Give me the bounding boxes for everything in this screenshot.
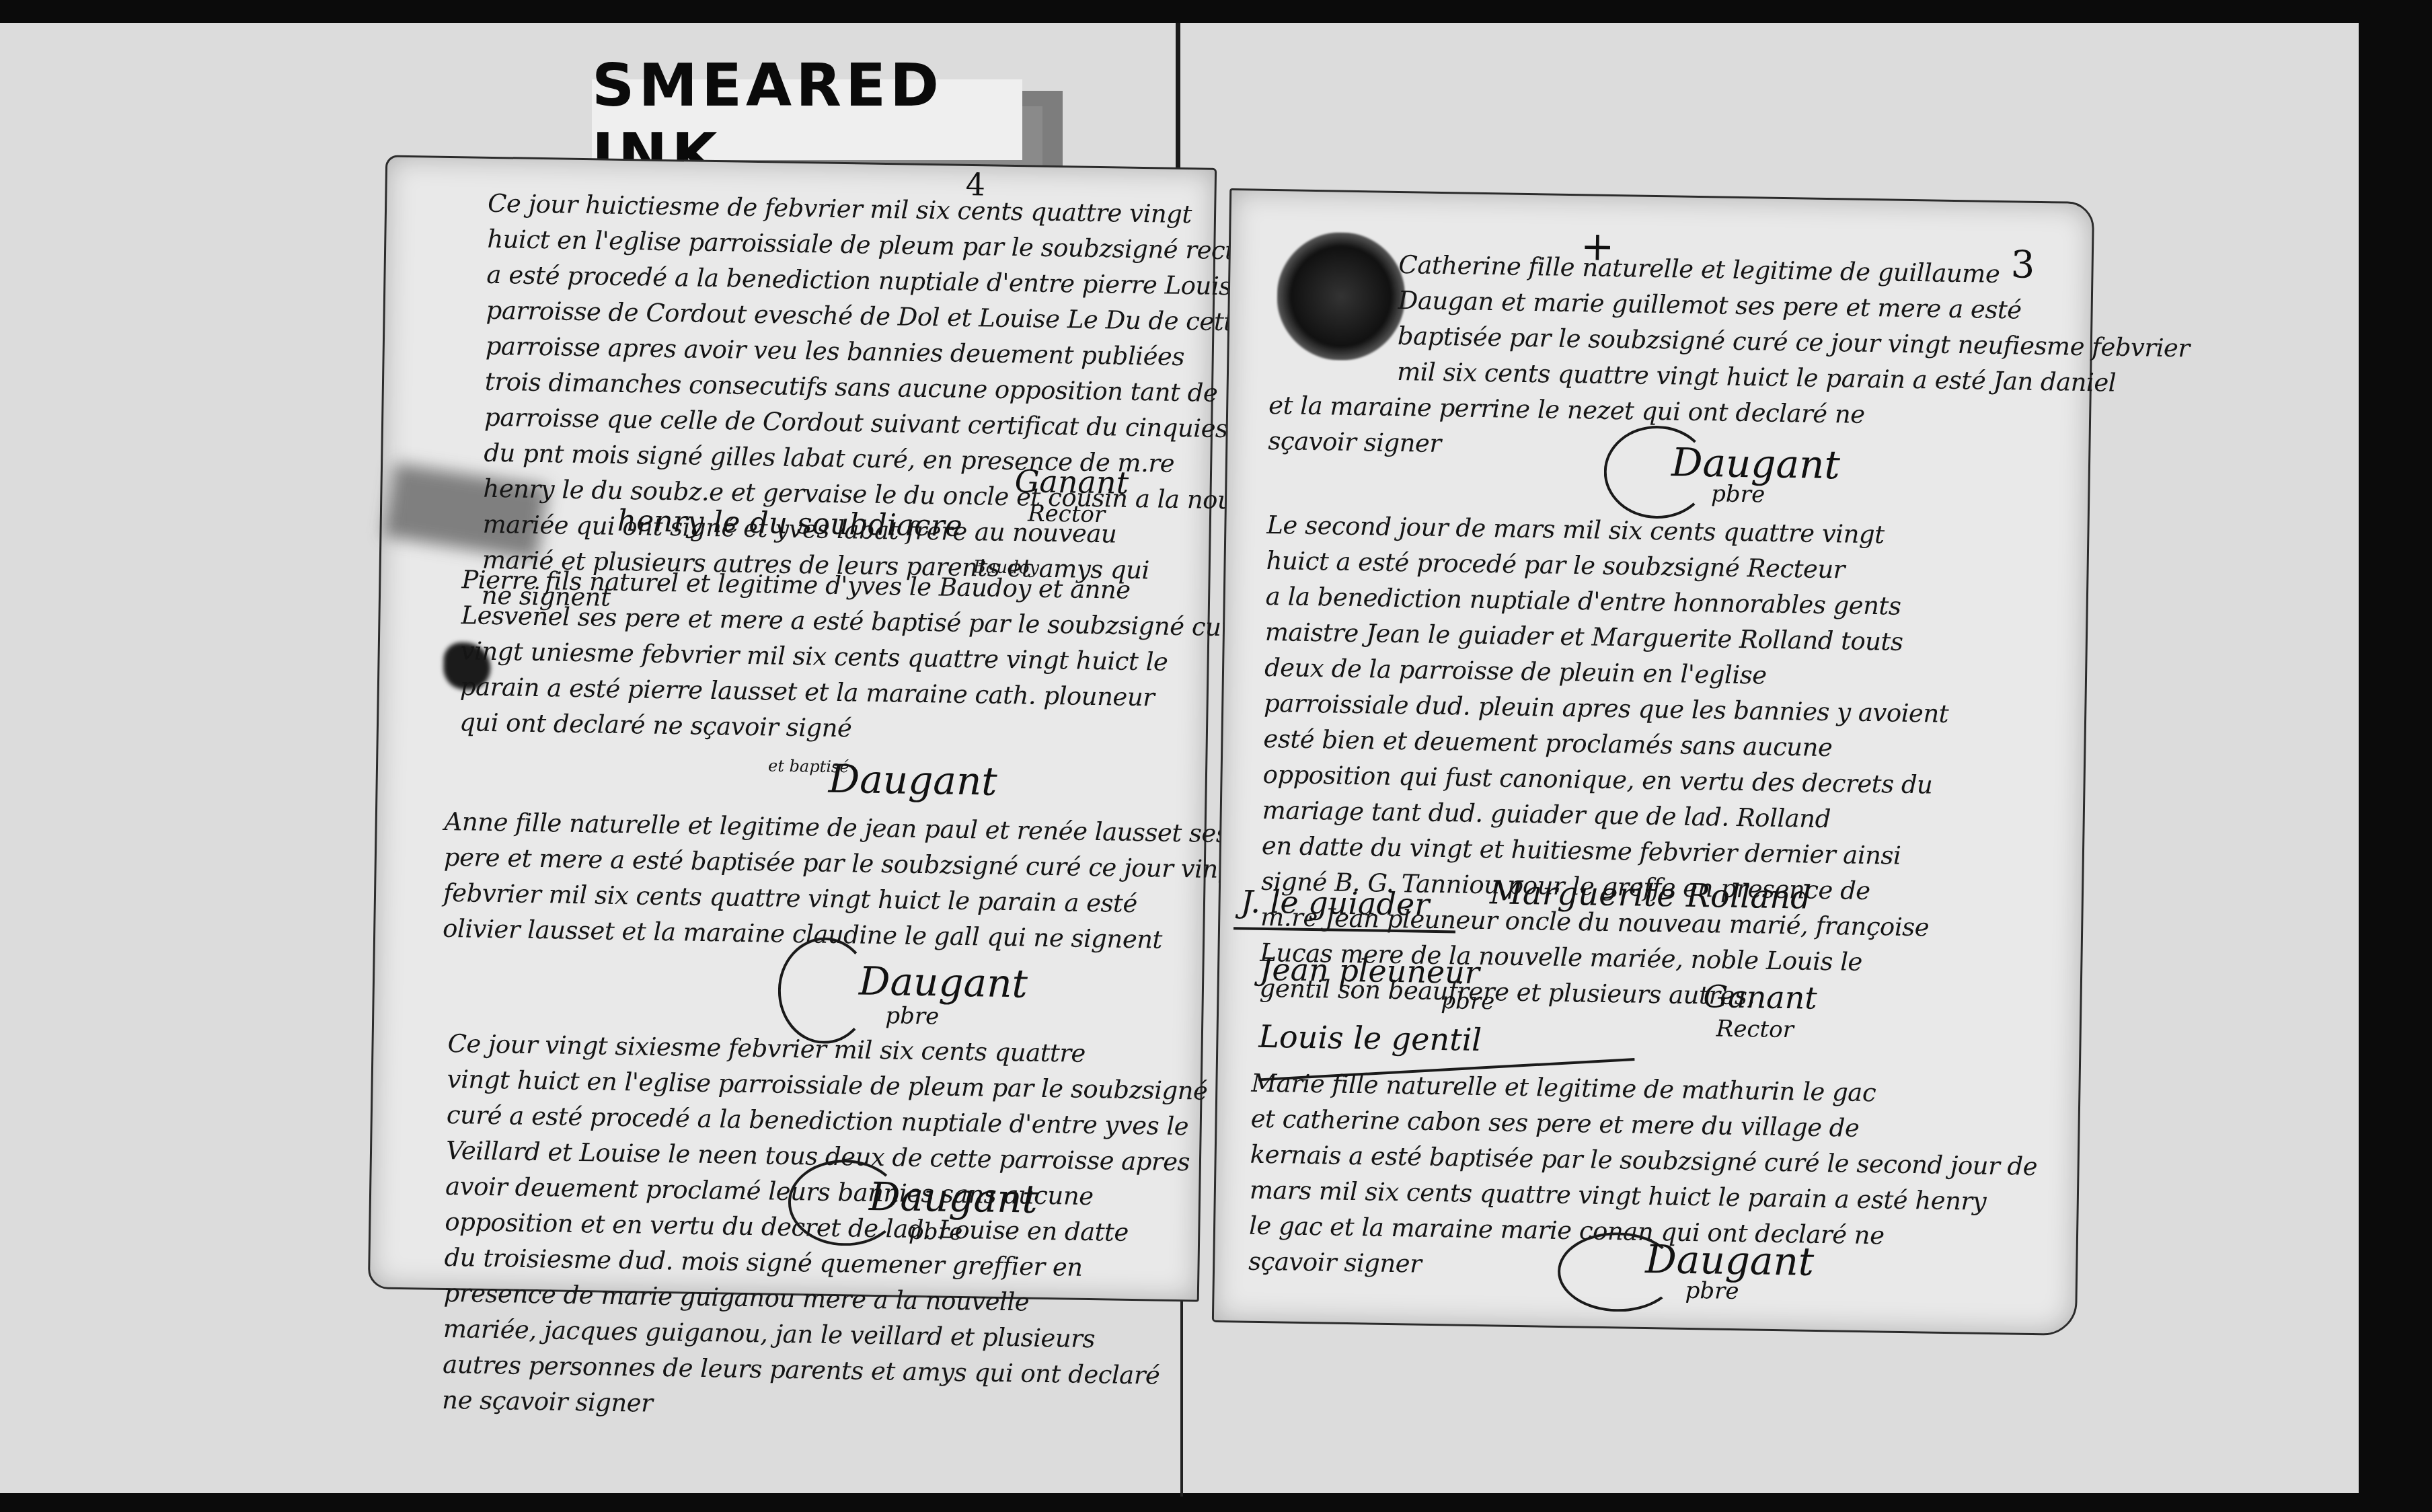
left-manuscript-page: 4 Ce jour huictiesme de febvrier mil six… [368,155,1217,1301]
right-manuscript-page: + 3 Catherine fille naturelle et legitim… [1212,188,2094,1336]
signature-title: pbre [909,1218,963,1246]
marriage-entry-guiader-rolland: Le second jour de mars mil six cents qua… [1259,507,1951,1017]
signature: J. le guiader [1240,883,1429,922]
margin-note: Baudoy [973,550,1039,586]
signature: Daugant [828,756,997,804]
signature-flourish [777,937,872,1045]
signature: Marguerite Rolland [1489,874,1811,917]
signature: Ganant [1703,978,1817,1016]
baptism-entry-catherine: Catherine fille naturelle et legitime de… [1397,247,2191,402]
signature: Daugant [859,958,1028,1007]
signature-title: pbre [885,1002,940,1030]
signature: Daugant [869,1174,1038,1222]
signature-title: pbre [1685,1277,1739,1305]
signature-title: Rector [1028,500,1106,528]
baptism-entry-pierre: Pierre fils naturel et legitime d'yves l… [459,562,1340,753]
signature: Ganant [1014,463,1129,501]
signature: henry le du soubdiacre [617,504,962,543]
signature: Jean pleuneur [1260,951,1480,991]
margin-note: et baptisé [768,748,849,784]
signature: Louis le gentil [1258,1018,1482,1058]
smeared-ink-label: SMEARED INK [592,79,1022,160]
seal-stamp-icon [1276,231,1406,361]
signature-title: pbre [1441,987,1495,1015]
signature-title: Rector [1716,1016,1794,1044]
signature-title: pbre [1711,480,1765,508]
